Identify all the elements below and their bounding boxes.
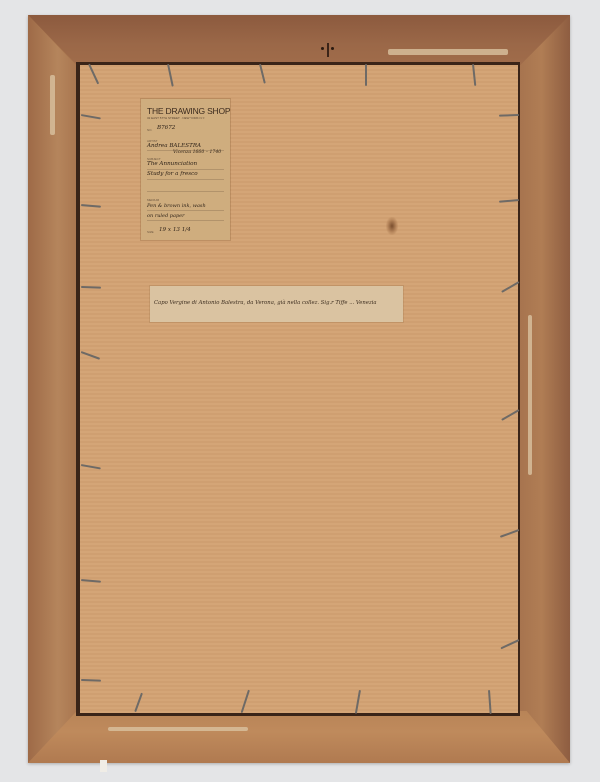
inventory-sticker	[100, 760, 107, 772]
medium-line-2: on ruled paper	[147, 213, 225, 219]
size-value: 19 x 13 1/4	[159, 227, 225, 233]
frame-wear	[528, 315, 532, 475]
no-label: NO.	[147, 128, 152, 132]
handwritten-provenance-strip: Capo Vergine di Antonio Balestra, da Ver…	[150, 286, 403, 322]
hanger-hardware	[321, 43, 335, 57]
artist-value: Andrea BALESTRA	[147, 143, 225, 149]
shop-address: 32 EAST 57TH STREET · NEW YORK N.Y.	[147, 116, 205, 120]
gallery-label: THE DRAWING SHOP 32 EAST 57TH STREET · N…	[141, 99, 230, 240]
frame-wear	[50, 75, 55, 135]
artist-dates: Vicenza 1660 – 1740	[173, 150, 225, 155]
medium-label: MEDIUM	[147, 198, 159, 202]
no-value: B7672	[157, 125, 225, 131]
backing-tear	[386, 217, 398, 235]
frame-wear	[388, 49, 508, 55]
medium-line-1: Pen & brown ink, wash	[147, 203, 225, 209]
nail	[365, 64, 367, 86]
frame-right-rail	[518, 15, 570, 763]
size-label: SIZE	[147, 230, 154, 234]
provenance-text: Capo Vergine di Antonio Balestra, da Ver…	[154, 300, 377, 306]
subject-line-1: The Annunciation	[147, 161, 225, 167]
shop-name: THE DRAWING SHOP	[147, 106, 230, 116]
subject-line-2: Study for a fresco	[147, 171, 225, 177]
frame-bottom-rail	[28, 711, 570, 763]
frame-wear	[108, 727, 248, 731]
frame-top-rail	[28, 15, 570, 65]
